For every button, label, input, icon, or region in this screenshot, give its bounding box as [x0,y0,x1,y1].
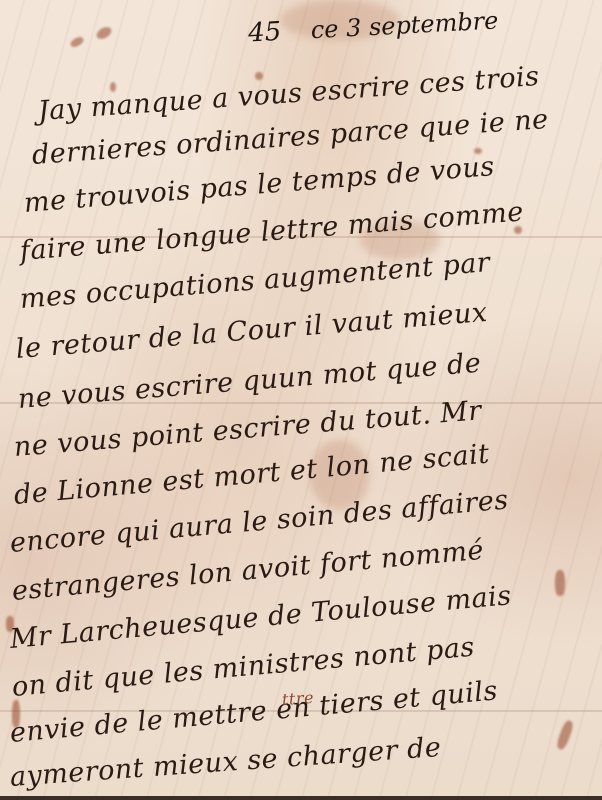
folio-mark: 45 [247,17,282,49]
ink-stain [555,570,565,596]
ink-stain [555,719,575,751]
ink-stain [95,25,114,42]
letter-page: 45 ce 3 septembre Jay manque a vous escr… [0,0,602,796]
ink-stain [69,35,85,49]
scan-bottom-edge [0,796,602,800]
ink-stain [255,72,263,80]
interlinear-insert: ttre [281,688,314,709]
